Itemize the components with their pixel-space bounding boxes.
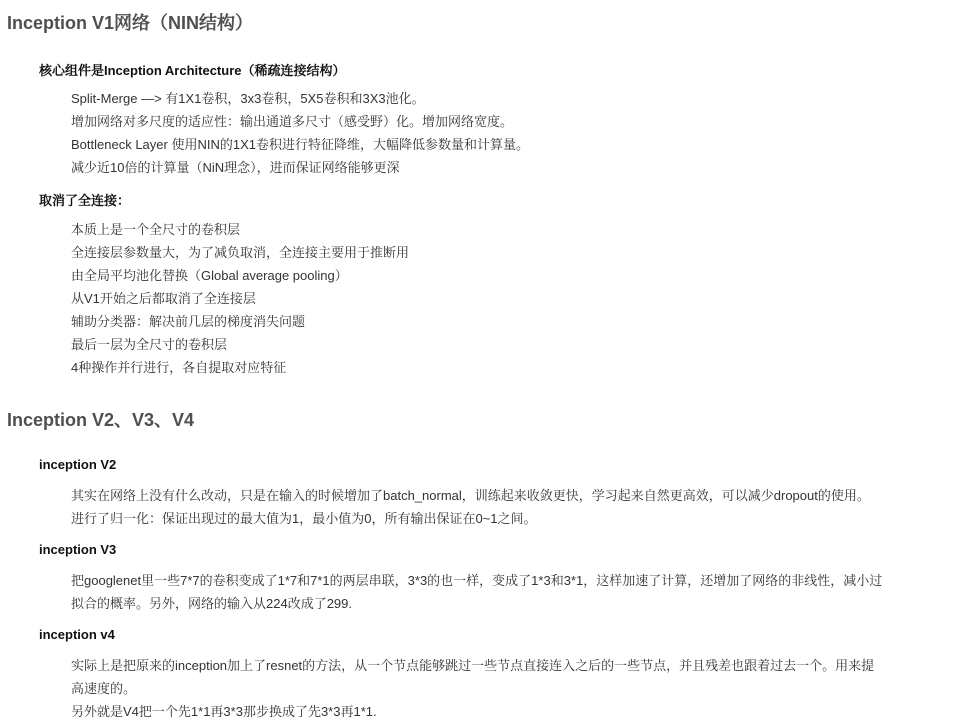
text-line: Bottleneck Layer 使用NIN的1X1卷积进行特征降维，大幅降低参… <box>71 137 529 153</box>
text-line: 最后一层为全尺寸的卷积层 <box>71 337 227 353</box>
text-line: 4种操作并行进行，各自提取对应特征 <box>71 360 286 376</box>
text-line: 由全局平均池化替换（Global average pooling） <box>71 268 348 284</box>
subsection-title-core-component: 核心组件是Inception Architecture（稀疏连接结构） <box>39 60 345 79</box>
section-title-inception-v2-v3-v4: Inception V2、V3、V4 <box>7 406 194 432</box>
text-line: 把googlenet里一些7*7的卷积变成了1*7和7*1的两层串联，3*3的也… <box>71 573 882 589</box>
text-line: 本质上是一个全尺寸的卷积层 <box>71 222 240 238</box>
text-line: 另外就是V4把一个先1*1再3*3那步换成了先3*3再1*1. <box>71 704 377 720</box>
text-line: 全连接层参数量大，为了减负取消，全连接主要用于推断用 <box>71 245 409 261</box>
text-line: 其实在网络上没有什么改动，只是在输入的时候增加了batch_normal，训练起… <box>71 488 870 504</box>
text-line: 拟合的概率。另外，网络的输入从224改成了299. <box>71 596 352 612</box>
subsection-title-no-fc: 取消了全连接： <box>39 190 130 209</box>
text-line: 辅助分类器：解决前几层的梯度消失问题 <box>71 314 305 330</box>
text-line: 进行了归一化：保证出现过的最大值为1，最小值为0，所有输出保证在0~1之间。 <box>71 511 537 527</box>
subsection-title-inception-v3: inception V3 <box>39 542 116 557</box>
text-line: 增加网络对多尺度的适应性：输出通道多尺寸（感受野）化。增加网络宽度。 <box>71 114 513 130</box>
text-line: 减少近10倍的计算量（NiN理念），进而保证网络能够更深 <box>71 160 400 176</box>
text-line: 实际上是把原来的inception加上了resnet的方法，从一个节点能够跳过一… <box>71 658 874 674</box>
text-line: 从V1开始之后都取消了全连接层 <box>71 291 256 307</box>
text-line: Split-Merge —> 有1X1卷积，3x3卷积，5X5卷积和3X3池化。 <box>71 91 425 107</box>
text-line: 高速度的。 <box>71 681 136 697</box>
subsection-title-inception-v2: inception V2 <box>39 457 116 472</box>
subsection-title-inception-v4: inception v4 <box>39 627 115 642</box>
section-title-inception-v1: Inception V1网络（NIN结构） <box>7 9 253 35</box>
